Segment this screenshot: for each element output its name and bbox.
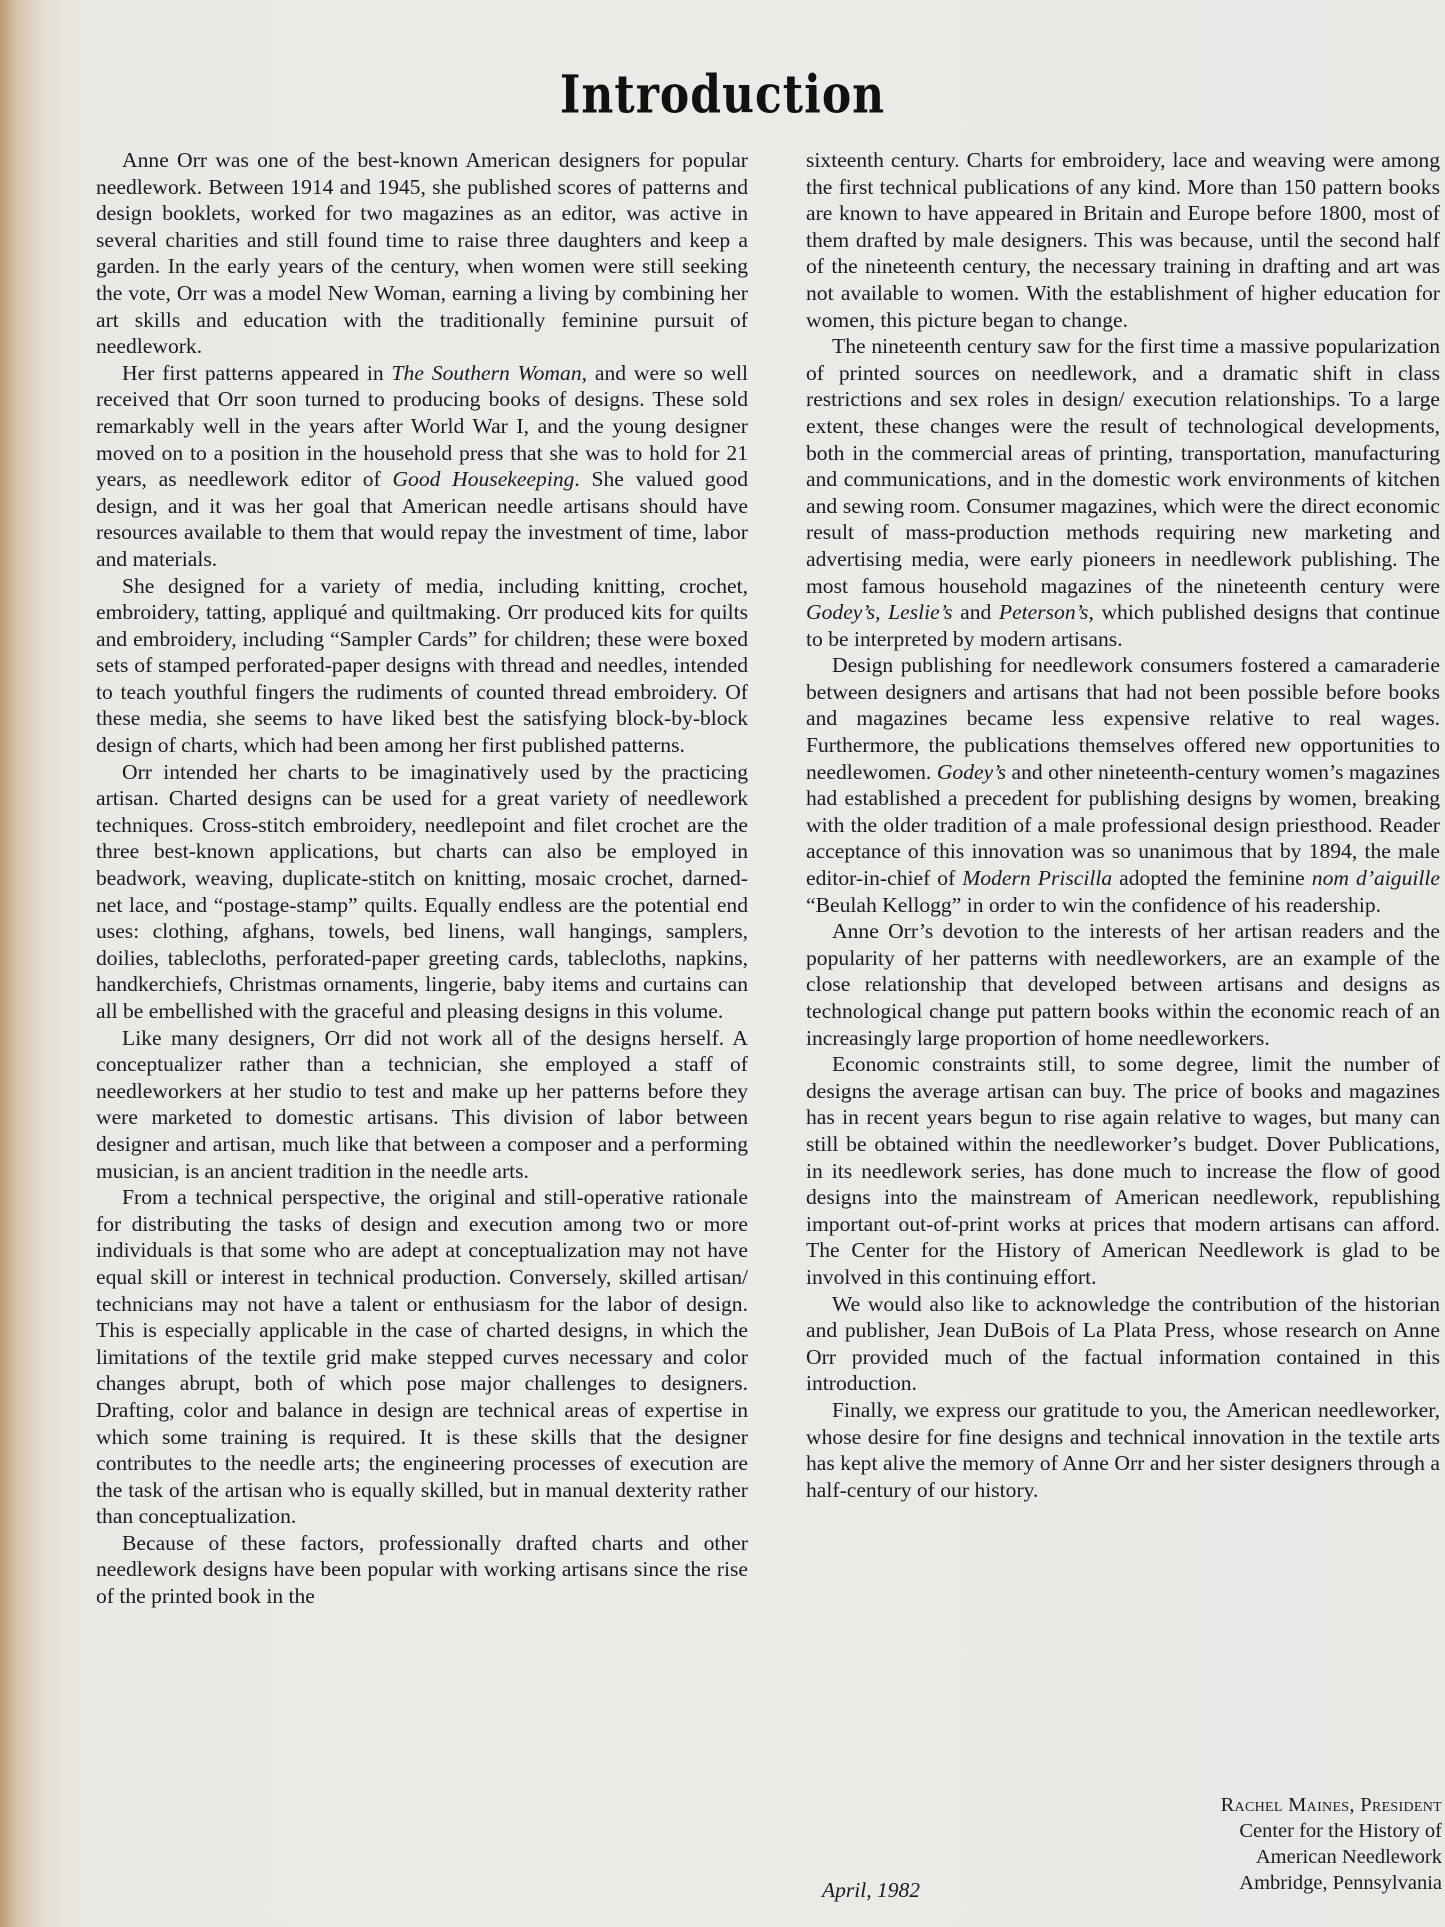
paragraph: From a technical perspective, the origin… [96,1184,748,1530]
publication-title: Peterson’s [999,600,1089,624]
paragraph-continued: sixteenth century. Charts for embroidery… [806,147,1440,333]
paragraph: Anne Orr’s devotion to the interests of … [806,918,1440,1051]
page-title: Introduction [0,65,1445,125]
paragraph: She designed for a variety of media, inc… [96,573,748,759]
paragraph: Because of these factors, professionally… [96,1530,748,1610]
paragraph: Like many designers, Orr did not work al… [96,1025,748,1185]
paragraph: Orr intended her charts to be imaginativ… [96,759,748,1025]
book-page: Introduction Anne Orr was one of the bes… [0,0,1445,1927]
paragraph: Anne Orr was one of the best-known Ameri… [96,147,748,360]
left-column: Anne Orr was one of the best-known Ameri… [96,147,748,1610]
signatory-org: American Needlework [1221,1844,1442,1870]
paragraph: Finally, we express our gratitude to you… [806,1397,1440,1503]
publication-title: Good Housekeeping [392,467,574,491]
signature-block: Rachel Maines, President Center for the … [1221,1792,1442,1896]
paragraph: We would also like to acknowledge the co… [806,1291,1440,1397]
paragraph: The nineteenth century saw for the first… [806,333,1440,652]
publication-title: The Southern Woman [392,361,582,385]
paragraph: Design publishing for needlework consume… [806,652,1440,918]
foreign-phrase: nom d’aiguille [1312,866,1440,890]
date: April, 1982 [822,1878,920,1903]
paragraph: Her first patterns appeared in The South… [96,360,748,573]
publication-title: Modern Priscilla [962,866,1112,890]
signatory-location: Ambridge, Pennsylvania [1221,1870,1442,1896]
right-column: sixteenth century. Charts for embroidery… [806,147,1440,1503]
signatory-name: Rachel Maines, President [1221,1792,1442,1818]
paragraph: Economic constraints still, to some degr… [806,1051,1440,1290]
publication-title: Godey’s [937,760,1006,784]
publication-title: Godey’s, Leslie’s [806,600,953,624]
signatory-org: Center for the History of [1221,1818,1442,1844]
